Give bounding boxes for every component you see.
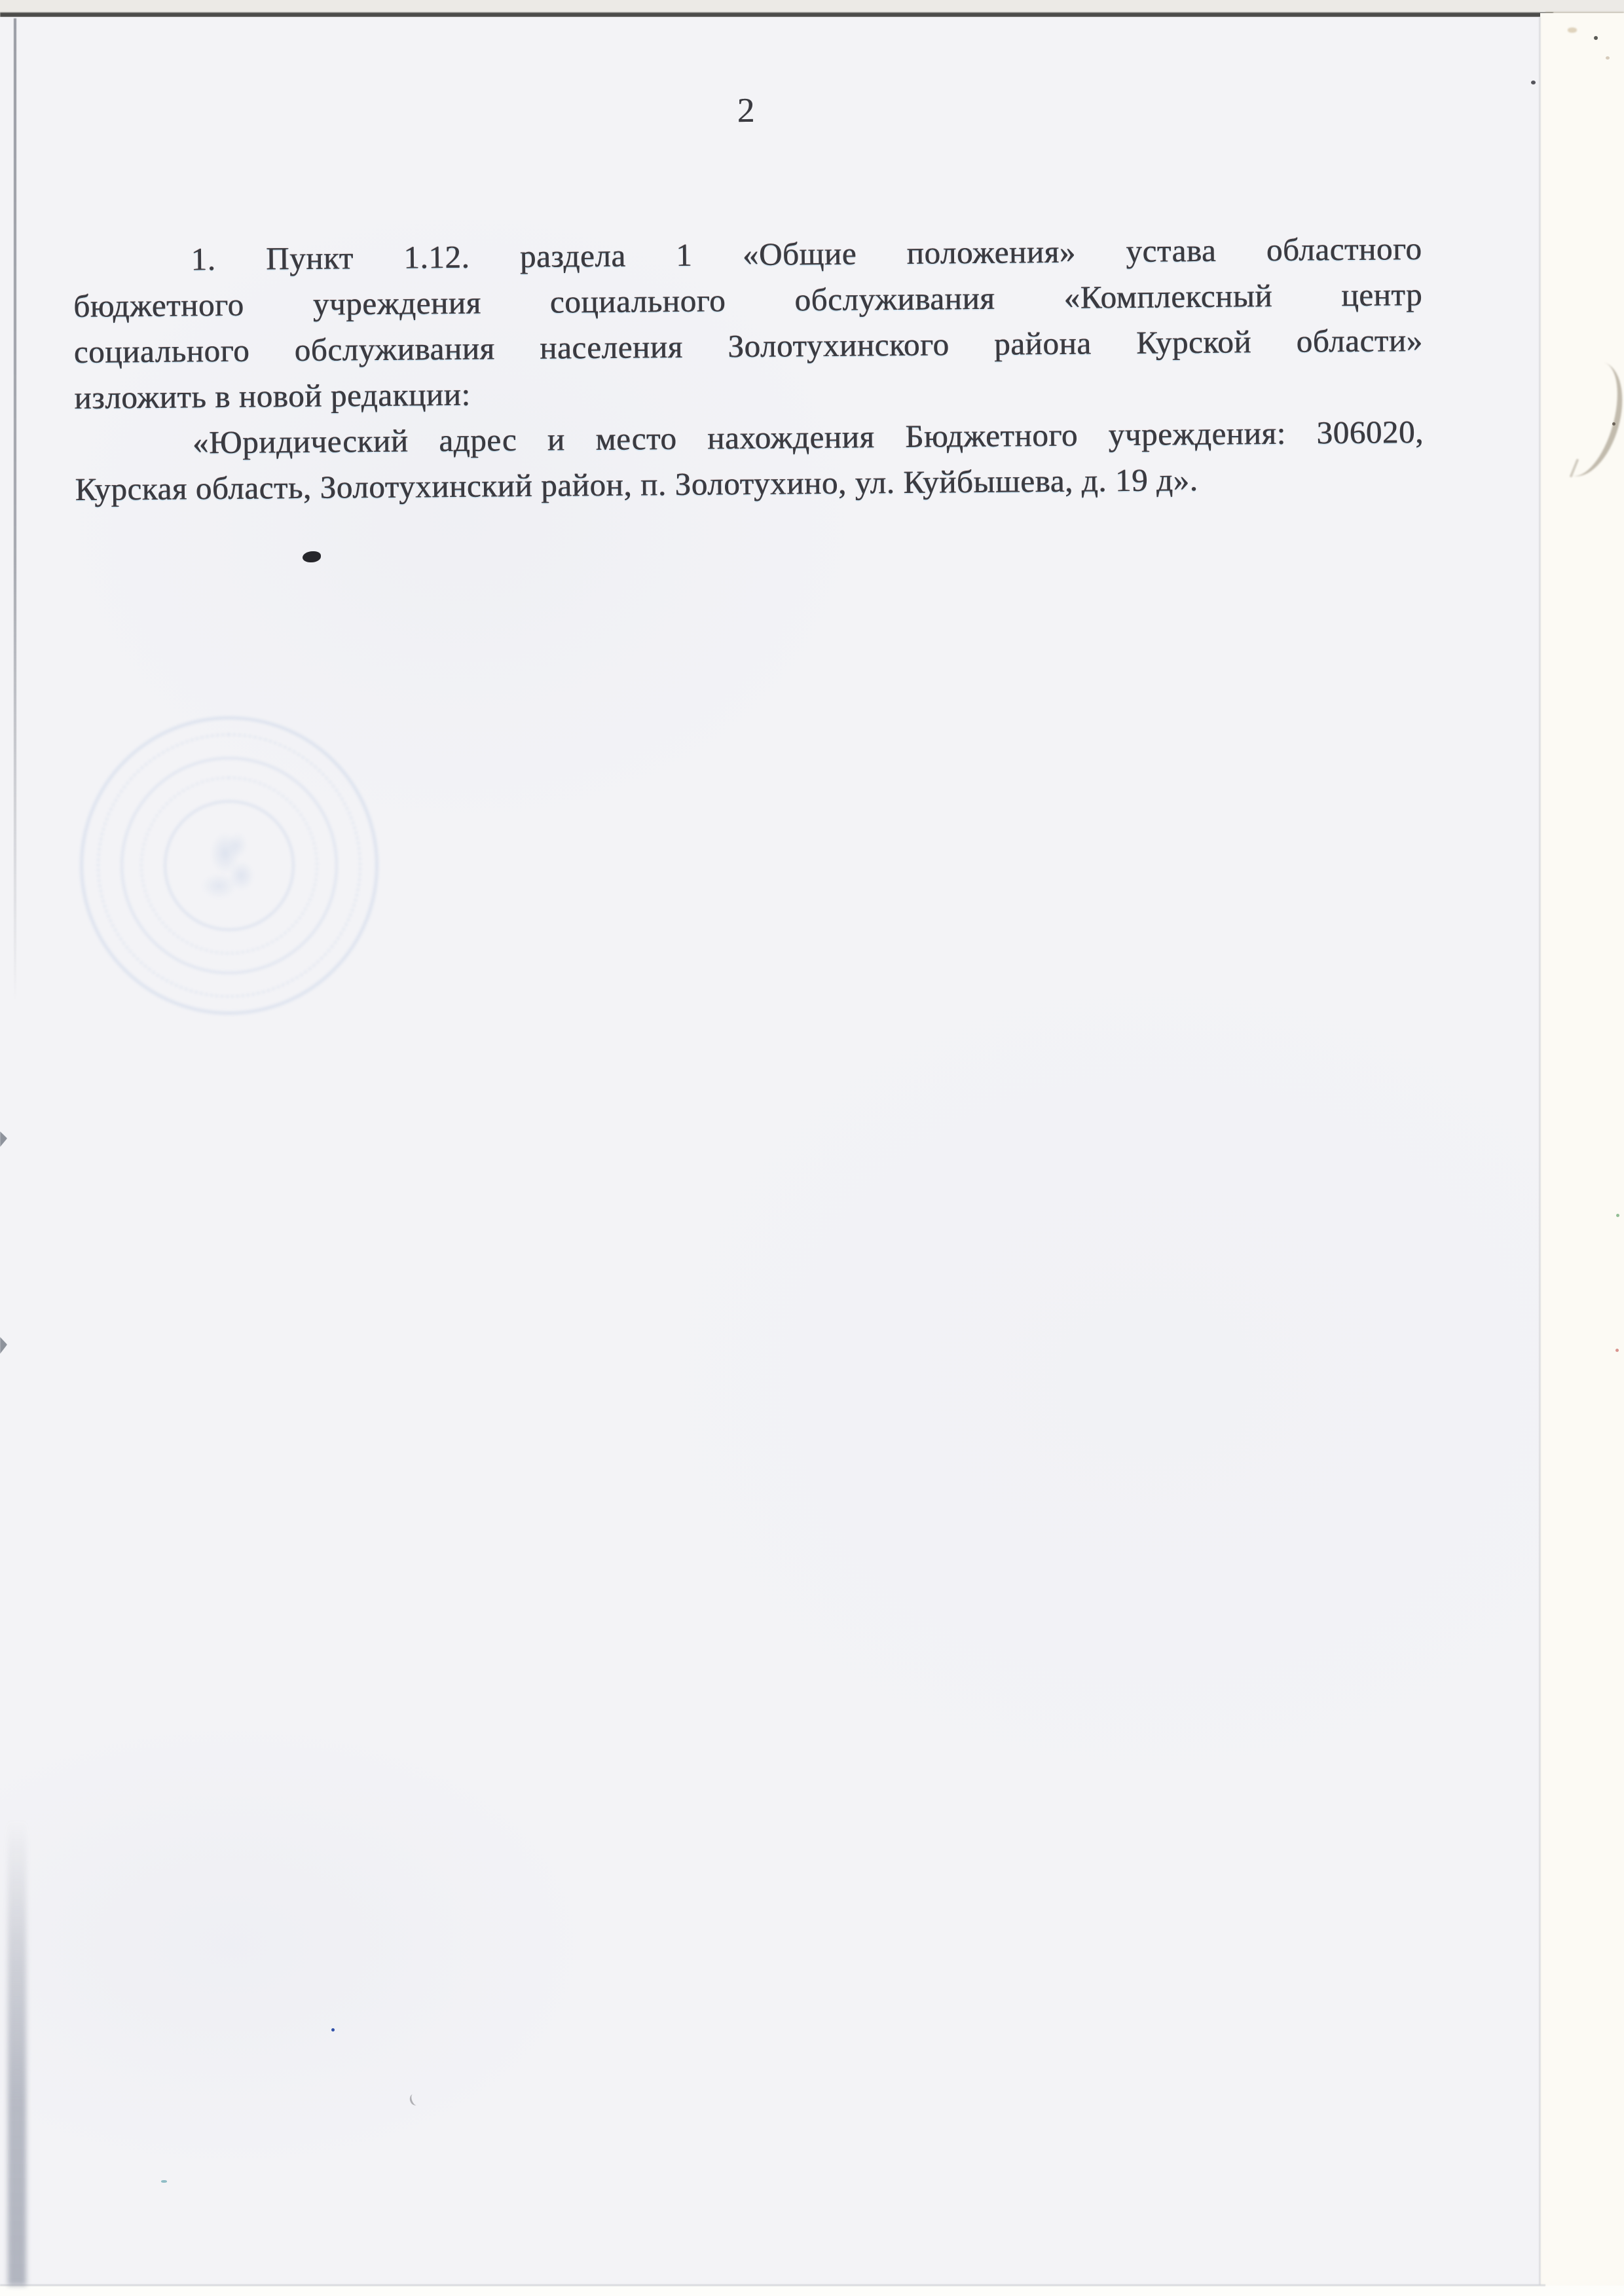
page-right-edge — [1539, 17, 1541, 2285]
page-bottom-edge — [0, 2284, 1545, 2286]
scanned-document-page: 2 1. Пункт 1.12. раздела 1 «Общие положе… — [0, 0, 1624, 2296]
scan-top-margin — [0, 0, 1624, 13]
seal-emblem — [178, 814, 280, 917]
backing-sheet — [1540, 13, 1624, 2285]
page-left-fold-shadow — [8, 1820, 26, 2286]
scan-speck — [161, 2180, 167, 2183]
page-left-edge-shadow — [14, 18, 16, 1000]
document-content: 2 1. Пункт 1.12. раздела 1 «Общие положе… — [71, 82, 1424, 513]
document-body: 1. Пункт 1.12. раздела 1 «Общие положени… — [73, 226, 1424, 513]
scan-speck — [1612, 422, 1615, 426]
scan-speck — [1594, 36, 1598, 40]
scan-speck — [1616, 1214, 1619, 1217]
scan-speck — [1568, 27, 1577, 33]
scan-bottom-margin — [0, 2286, 1624, 2296]
scan-speck — [331, 2028, 335, 2032]
scan-speck — [1615, 1349, 1619, 1352]
round-seal-stamp — [80, 716, 378, 1015]
scan-speck — [1531, 81, 1536, 84]
scan-speck — [1606, 56, 1610, 60]
page-top-edge-shadow — [0, 12, 1553, 17]
